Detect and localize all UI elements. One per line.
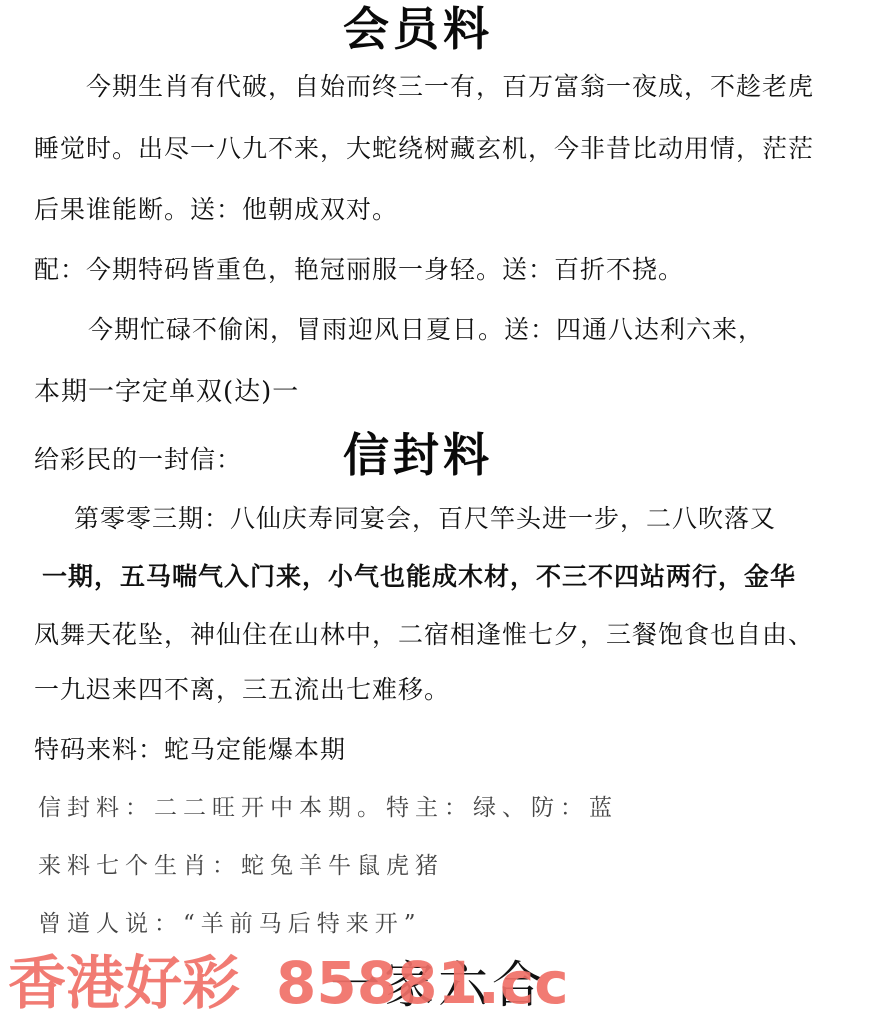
member-line-1: 今期生肖有代破，自始而终三一有，百万富翁一夜成，不趁老虎 (86, 72, 814, 102)
zodiac-seven-note: 来料七个生肖：蛇兔羊牛鼠虎猪 (38, 851, 444, 881)
letter-line-2: 一期，五马喘气入门来，小气也能成木材，不三不四站两行，金华 (42, 562, 796, 592)
taoist-says-note: 曾道人说：“羊前马后特来开” (38, 909, 422, 939)
member-line-2: 睡觉时。出尽一八九不来，大蛇绕树藏玄机，今非昔比动用情，茫茫 (34, 134, 814, 164)
special-code-note: 特码来料：蛇马定能爆本期 (34, 735, 346, 765)
letter-line-3: 凤舞天花坠，神仙住在山林中，二宿相逢惟七夕，三餐饱食也自由、 (34, 620, 814, 650)
letter-title: 信封料 (343, 428, 493, 482)
member-line-6: 本期一字定单双(达)一 (34, 377, 299, 407)
watermark: 香港好彩85881.cc (8, 948, 569, 1018)
watermark-brand: 香港好彩 (8, 949, 240, 1017)
envelope-note: 信封料：二二旺开中本期。特主：绿、防：蓝 (38, 793, 618, 823)
letter-line-4: 一九迟来四不离，三五流出七难移。 (34, 675, 450, 705)
member-line-5: 今期忙碌不偷闲，冒雨迎风日夏日。送：四通八达利六来， (88, 315, 764, 345)
letter-label: 给彩民的一封信： (34, 445, 242, 475)
member-title: 会员料 (343, 2, 493, 56)
member-line-3: 后果谁能断。送：他朝成双对。 (34, 195, 398, 225)
watermark-site: 85881.cc (276, 949, 569, 1017)
letter-line-1: 第零零三期：八仙庆寿同宴会，百尺竿头进一步，二八吹落又 (74, 504, 776, 534)
member-line-4: 配：今期特码皆重色，艳冠丽服一身轻。送：百折不挠。 (34, 255, 684, 285)
